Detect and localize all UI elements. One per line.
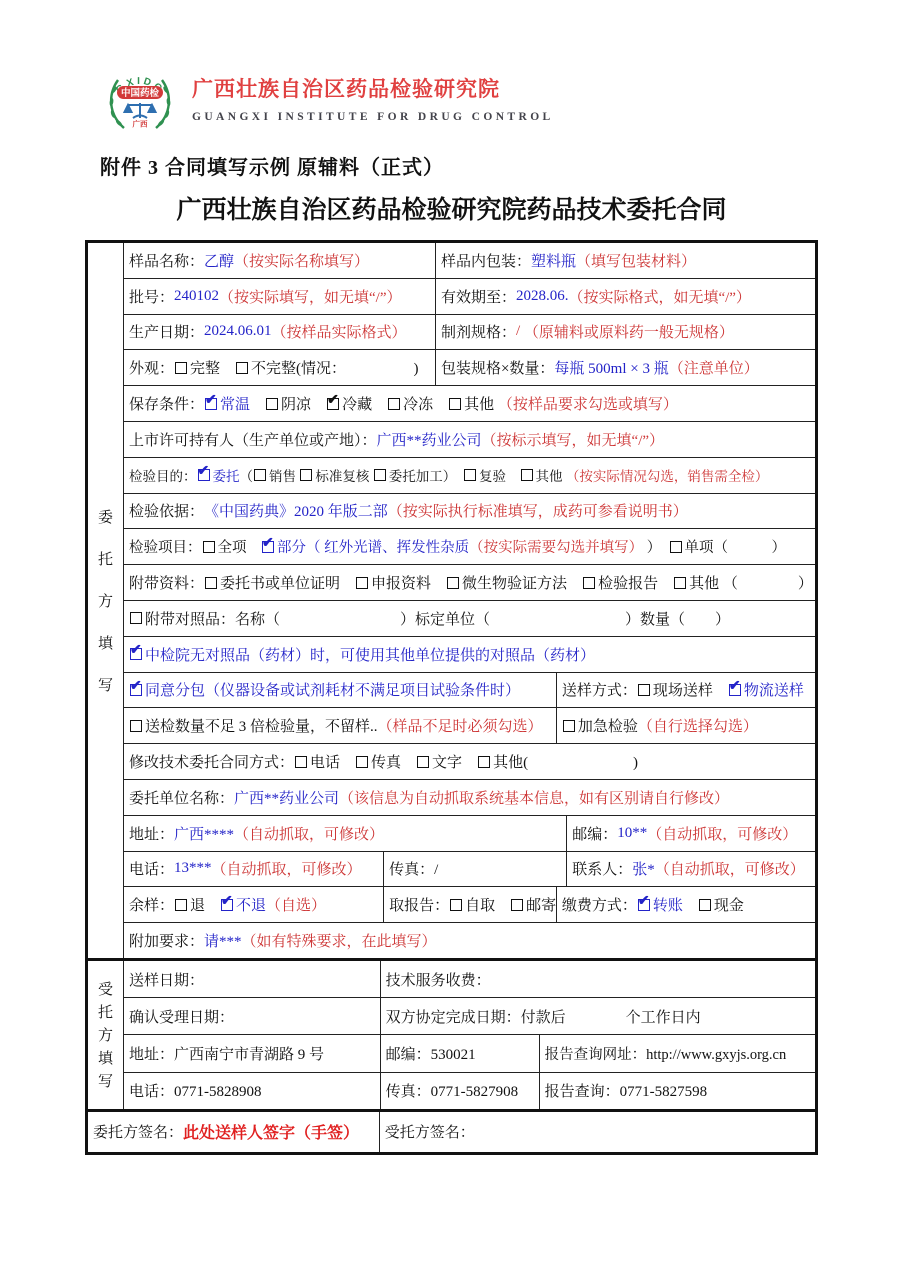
form-cell: 邮编：10**（自动抓取，可修改） (566, 816, 815, 851)
table-row: 中检院无对照品（药材）时，可使用其他单位提供的对照品（药材） (124, 636, 815, 672)
checkbox-unchecked[interactable] (478, 756, 490, 768)
table-row: 检验项目：全项 部分（ 红外光谱、挥发性杂质（按实际需要勾选并填写） ） 单项（… (124, 528, 815, 564)
form-cell: 检验依据：《中国药典》2020 年版二部（按实际执行标准填写，成药可参看说明书） (124, 494, 815, 529)
form-cell: 检验项目：全项 部分（ 红外光谱、挥发性杂质（按实际需要勾选并填写） ） 单项（… (124, 529, 815, 564)
checkbox-unchecked[interactable] (670, 541, 682, 553)
table-row: 上市许可持有人（生产单位或产地）：广西**药业公司（按标示填写，如无填“/”） (124, 421, 815, 457)
form-title: 广西壮族自治区药品检验研究院药品技术委托合同 (85, 190, 818, 226)
checkbox-checked[interactable] (729, 684, 741, 696)
form-cell: 联系人：张*（自动抓取，可修改） (566, 852, 815, 887)
form-cell: 同意分包（仪器设备或试剂耗材不满足项目试验条件时） (124, 673, 556, 708)
form-cell: 地址：广西****（自动抓取，可修改） (124, 816, 566, 851)
table-row: 送样日期：技术服务收费： (124, 961, 815, 997)
table-row: 电话：13***（自动抓取，可修改）传真：/联系人：张*（自动抓取，可修改） (124, 851, 815, 887)
section-label: 受托方填写 (88, 961, 124, 1109)
form-cell: 电话：0771-5828908 (124, 1073, 380, 1109)
checkbox-unchecked[interactable] (266, 398, 278, 410)
checkbox-unchecked[interactable] (563, 720, 575, 732)
checkbox-checked[interactable] (130, 648, 142, 660)
checkbox-unchecked[interactable] (130, 612, 142, 624)
checkbox-unchecked[interactable] (175, 362, 187, 374)
table-row: 保存条件：常温 阴凉 冷藏 冷冻 其他 （按样品要求勾选或填写） (124, 385, 815, 421)
form-cell: 批号：240102（按实际填写，如无填“/”） (124, 279, 435, 314)
form-cell: 受托方签名： (379, 1112, 815, 1152)
table-row: 确认受理日期：双方协定完成日期：付款后 个工作日内 (124, 997, 815, 1034)
form-cell: 附加要求：请***（如有特殊要求，在此填写） (124, 923, 815, 958)
form-cell: 委托方签名：此处送样人签字（手签） (88, 1112, 379, 1152)
checkbox-unchecked[interactable] (447, 577, 459, 589)
form-cell: 保存条件：常温 阴凉 冷藏 冷冻 其他 （按样品要求勾选或填写） (124, 386, 815, 421)
form-cell: 送检数量不足 3 倍检验量，不留样..（样品不足时必须勾选） (124, 708, 556, 743)
balance-scale-icon (125, 103, 156, 118)
form-cell: 包装规格×数量：每瓶 500ml × 3 瓶（注意单位） (435, 350, 815, 385)
org-name-cn: 广西壮族自治区药品检验研究院 (192, 73, 554, 103)
table-row: 地址：广西****（自动抓取，可修改）邮编：10**（自动抓取，可修改） (124, 815, 815, 851)
form-cell: 制剂规格：/ （原辅料或原料药一般无规格） (435, 315, 815, 350)
table-row: 电话：0771-5828908传真：0771-5827908报告查询：0771-… (124, 1072, 815, 1109)
institute-logo: GXIDC 中国药检 广西 (102, 60, 178, 136)
form-cell: 技术服务收费： (380, 961, 815, 997)
checkbox-unchecked[interactable] (464, 469, 476, 481)
checkbox-checked[interactable] (205, 398, 217, 410)
form-cell: 报告查询网址：http://www.gxyjs.org.cn (539, 1035, 815, 1071)
checkbox-unchecked[interactable] (417, 756, 429, 768)
form-cell: 传真：0771-5827908 (380, 1073, 539, 1109)
checkbox-unchecked[interactable] (511, 899, 523, 911)
document-page: GXIDC 中国药检 广西 广西壮族自治区药品检验研究院 GUANGXI INS… (0, 0, 900, 1273)
attachment-heading: 附件 3 合同填写示例 原辅料（正式） (100, 151, 444, 180)
form-cell: 附带资料：委托书或单位证明 申报资料 微生物验证方法 检验报告 其他 （ ） (124, 565, 815, 600)
checkbox-checked[interactable] (198, 469, 210, 481)
document-header: GXIDC 中国药检 广西 广西壮族自治区药品检验研究院 GUANGXI INS… (102, 60, 554, 136)
form-section: 受托方填写送样日期：技术服务收费：确认受理日期：双方协定完成日期：付款后 个工作… (88, 958, 815, 1109)
checkbox-unchecked[interactable] (254, 469, 266, 481)
form-cell: 加急检验（自行选择勾选） (556, 708, 815, 743)
form-cell: 修改技术委托合同方式：电话 传真 文字 其他( ) (124, 744, 815, 779)
form-cell: 委托单位名称：广西**药业公司（该信息为自动抓取系统基本信息，如有区别请自行修改… (124, 780, 815, 815)
checkbox-checked[interactable] (130, 684, 142, 696)
form-cell: 中检院无对照品（药材）时，可使用其他单位提供的对照品（药材） (124, 637, 815, 672)
form-cell: 确认受理日期： (124, 998, 380, 1034)
checkbox-unchecked[interactable] (356, 577, 368, 589)
checkbox-checked[interactable] (221, 899, 233, 911)
form-cell: 外观：完整 不完整(情况： ) (124, 350, 435, 385)
table-row: 附加要求：请***（如有特殊要求，在此填写） (124, 922, 815, 958)
logo-band-text: 中国药检 (121, 87, 160, 99)
form-section: 委托方签名：此处送样人签字（手签）受托方签名： (88, 1109, 815, 1152)
checkbox-unchecked[interactable] (674, 577, 686, 589)
checkbox-unchecked[interactable] (699, 899, 711, 911)
checkbox-unchecked[interactable] (236, 362, 248, 374)
table-row: 附带资料：委托书或单位证明 申报资料 微生物验证方法 检验报告 其他 （ ） (124, 564, 815, 600)
checkbox-checked[interactable] (638, 899, 650, 911)
form-cell: 电话：13***（自动抓取，可修改） (124, 852, 383, 887)
table-row: 附带对照品：名称（ ）标定单位（ ）数量（ ） (124, 600, 815, 636)
table-row: 生产日期：2024.06.01（按样品实际格式）制剂规格：/ （原辅料或原料药一… (124, 314, 815, 350)
form-cell: 双方协定完成日期：付款后 个工作日内 (380, 998, 815, 1034)
checkbox-unchecked[interactable] (638, 684, 650, 696)
form-cell: 传真：/ (383, 852, 566, 887)
checkbox-unchecked[interactable] (295, 756, 307, 768)
form-cell: 取报告：自取 邮寄 (383, 887, 556, 922)
form-cell: 样品内包装：塑料瓶（填写包装材料） (435, 243, 815, 278)
form-cell: 送样方式：现场送样 物流送样 (556, 673, 815, 708)
form-cell: 样品名称：乙醇（按实际名称填写） (124, 243, 435, 278)
table-row: 检验目的：委托（销售 标准复核 委托加工） 复验 其他 （按实际情况勾选，销售需… (124, 457, 815, 493)
table-row: 送检数量不足 3 倍检验量，不留样..（样品不足时必须勾选）加急检验（自行选择勾… (124, 707, 815, 743)
form-cell: 余样：退 不退（自选） (124, 887, 383, 922)
checkbox-unchecked[interactable] (356, 756, 368, 768)
form-cell: 邮编：530021 (380, 1035, 539, 1071)
checkbox-checked[interactable] (262, 541, 274, 553)
form-cell: 检验目的：委托（销售 标准复核 委托加工） 复验 其他 （按实际情况勾选，销售需… (124, 458, 815, 493)
checkbox-unchecked[interactable] (300, 469, 312, 481)
section-label: 委托方填写 (88, 243, 124, 958)
form-cell: 地址：广西南宁市青湖路 9 号 (124, 1035, 380, 1071)
form-cell: 生产日期：2024.06.01（按样品实际格式） (124, 315, 435, 350)
checkbox-unchecked[interactable] (203, 541, 215, 553)
table-row: 批号：240102（按实际填写，如无填“/”）有效期至：2028.06.（按实际… (124, 278, 815, 314)
table-row: 余样：退 不退（自选）取报告：自取 邮寄缴费方式：转账 现金 (124, 886, 815, 922)
form-section: 委托方填写样品名称：乙醇（按实际名称填写）样品内包装：塑料瓶（填写包装材料）批号… (88, 243, 815, 958)
checkbox-unchecked[interactable] (175, 899, 187, 911)
org-name-en: GUANGXI INSTITUTE FOR DRUG CONTROL (192, 111, 554, 123)
checkbox-unchecked[interactable] (130, 720, 142, 732)
logo-bottom-text: 广西 (133, 119, 148, 129)
checkbox-unchecked[interactable] (521, 469, 533, 481)
checkbox-unchecked[interactable] (388, 398, 400, 410)
form-cell: 报告查询：0771-5827598 (539, 1073, 815, 1109)
form-cell: 上市许可持有人（生产单位或产地）：广西**药业公司（按标示填写，如无填“/”） (124, 422, 815, 457)
table-row: 外观：完整 不完整(情况： )包装规格×数量：每瓶 500ml × 3 瓶（注意… (124, 349, 815, 385)
contract-form-table: 委托方填写样品名称：乙醇（按实际名称填写）样品内包装：塑料瓶（填写包装材料）批号… (85, 240, 818, 1155)
checkbox-unchecked[interactable] (205, 577, 217, 589)
form-cell: 送样日期： (124, 961, 380, 997)
table-row: 样品名称：乙醇（按实际名称填写）样品内包装：塑料瓶（填写包装材料） (124, 243, 815, 278)
checkbox-checked[interactable] (327, 398, 339, 410)
form-cell: 有效期至：2028.06.（按实际格式，如无填“/”） (435, 279, 815, 314)
table-row: 地址：广西南宁市青湖路 9 号邮编：530021报告查询网址：http://ww… (124, 1034, 815, 1071)
table-row: 修改技术委托合同方式：电话 传真 文字 其他( ) (124, 743, 815, 779)
table-row: 委托方签名：此处送样人签字（手签）受托方签名： (88, 1112, 815, 1152)
form-cell: 附带对照品：名称（ ）标定单位（ ）数量（ ） (124, 601, 815, 636)
checkbox-unchecked[interactable] (449, 398, 461, 410)
table-row: 同意分包（仪器设备或试剂耗材不满足项目试验条件时）送样方式：现场送样 物流送样 (124, 672, 815, 708)
table-row: 委托单位名称：广西**药业公司（该信息为自动抓取系统基本信息，如有区别请自行修改… (124, 779, 815, 815)
checkbox-unchecked[interactable] (450, 899, 462, 911)
form-cell: 缴费方式：转账 现金 (556, 887, 815, 922)
checkbox-unchecked[interactable] (583, 577, 595, 589)
table-row: 检验依据：《中国药典》2020 年版二部（按实际执行标准填写，成药可参看说明书） (124, 493, 815, 529)
checkbox-unchecked[interactable] (374, 469, 386, 481)
